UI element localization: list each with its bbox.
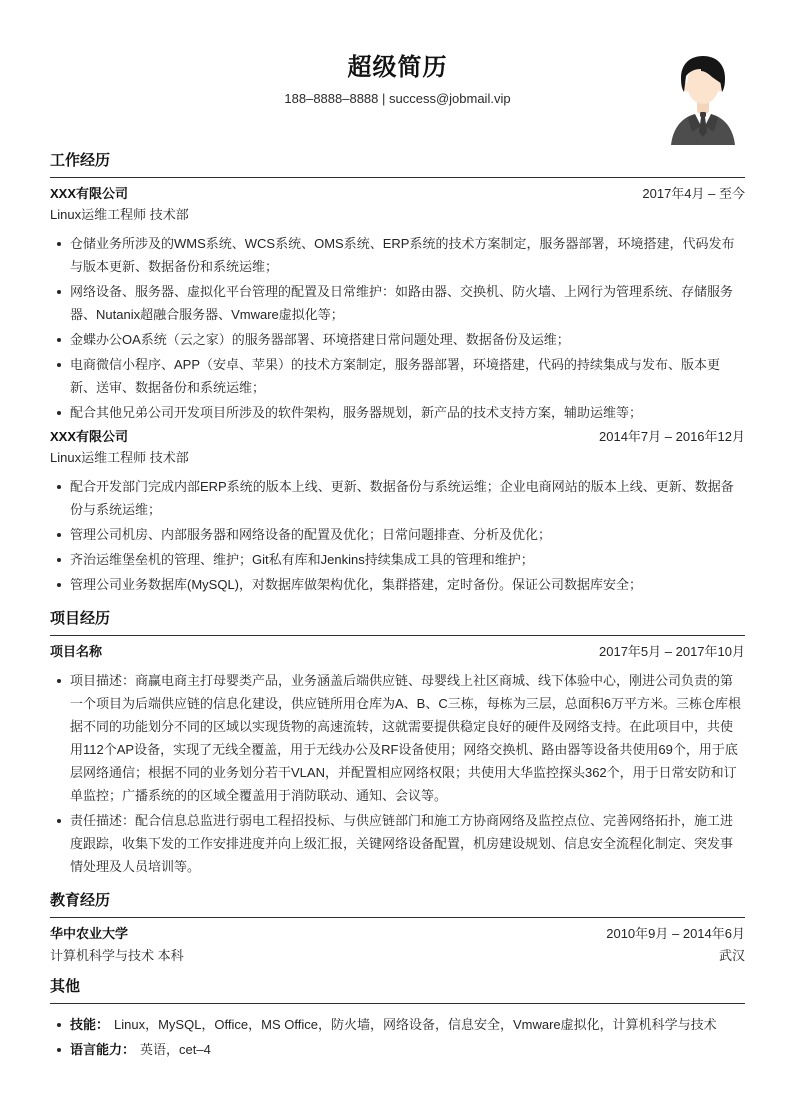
project-name: 项目名称 xyxy=(50,643,102,660)
bullet-item: 电商微信小程序、APP（安卓、苹果）的技术方案制定，服务器部署，环境搭建，代码的… xyxy=(50,353,745,399)
skills-text: Linux，MySQL，Office，MS Office，防火墙，网络设备，信息… xyxy=(114,1017,717,1032)
language-item: 语言能力：英语，cet–4 xyxy=(50,1038,745,1061)
education-entry: 华中农业大学 2010年9月 – 2014年6月 计算机科学与技术 本科 武汉 xyxy=(50,925,745,964)
person-avatar-icon xyxy=(668,54,738,145)
bullet-item: 管理公司业务数据库(MySQL)，对数据库做架构优化，集群搭建，定时备份。保证公… xyxy=(50,573,745,596)
bullet-item: 金蝶办公OA系统（云之家）的服务器部署、环境搭建日常问题处理、数据备份及运维； xyxy=(50,328,745,351)
bullet-item: 管理公司机房、内部服务器和网络设备的配置及优化；日常问题排查、分析及优化； xyxy=(50,523,745,546)
company-name: XXX有限公司 xyxy=(50,185,128,202)
bullet-list: 配合开发部门完成内部ERP系统的版本上线、更新、数据备份与系统运维；企业电商网站… xyxy=(50,475,745,596)
education-detail-row: 计算机科学与技术 本科 武汉 xyxy=(50,947,745,964)
entry-header-row: 华中农业大学 2010年9月 – 2014年6月 xyxy=(50,925,745,942)
date-range: 2017年5月 – 2017年10月 xyxy=(599,643,745,660)
section-education: 教育经历 华中农业大学 2010年9月 – 2014年6月 计算机科学与技术 本… xyxy=(50,892,745,964)
major-degree: 计算机科学与技术 本科 xyxy=(50,947,184,964)
bullet-item: 配合其他兄弟公司开发项目所涉及的软件架构，服务器规划，新产品的技术支持方案，辅助… xyxy=(50,401,745,424)
entry-header-row: 项目名称 2017年5月 – 2017年10月 xyxy=(50,643,745,660)
date-range: 2017年4月 – 至今 xyxy=(642,185,745,202)
section-heading-project: 项目经历 xyxy=(50,610,745,636)
bullet-list: 项目描述：商赢电商主打母婴类产品，业务涵盖后端供应链、母婴线上社区商城、线下体验… xyxy=(50,669,745,878)
bullet-item: 配合开发部门完成内部ERP系统的版本上线、更新、数据备份与系统运维；企业电商网站… xyxy=(50,475,745,521)
section-project: 项目经历 项目名称 2017年5月 – 2017年10月 项目描述：商赢电商主打… xyxy=(50,610,745,878)
date-range: 2014年7月 – 2016年12月 xyxy=(599,428,745,445)
section-heading-work: 工作经历 xyxy=(50,152,745,178)
bullet-list: 仓储业务所涉及的WMS系统、WCS系统、OMS系统、ERP系统的技术方案制定，服… xyxy=(50,232,745,424)
section-heading-education: 教育经历 xyxy=(50,892,745,918)
section-work: 工作经历 XXX有限公司 2017年4月 – 至今 Linux运维工程师 技术部… xyxy=(50,152,745,596)
skills-item: 技能：Linux，MySQL，Office，MS Office，防火墙，网络设备… xyxy=(50,1013,745,1036)
entry-header-row: XXX有限公司 2017年4月 – 至今 xyxy=(50,185,745,202)
bullet-item: 项目描述：商赢电商主打母婴类产品，业务涵盖后端供应链、母婴线上社区商城、线下体验… xyxy=(50,669,745,807)
section-other: 其他 技能：Linux，MySQL，Office，MS Office，防火墙，网… xyxy=(50,978,745,1061)
work-entry: XXX有限公司 2014年7月 – 2016年12月 Linux运维工程师 技术… xyxy=(50,428,745,596)
date-range: 2010年9月 – 2014年6月 xyxy=(606,925,745,942)
resume-page: 超级简历 188–8888–8888 | success@jobmail.vip xyxy=(0,0,794,1107)
school-location: 武汉 xyxy=(719,947,745,964)
school-name: 华中农业大学 xyxy=(50,925,128,942)
bullet-list: 技能：Linux，MySQL，Office，MS Office，防火墙，网络设备… xyxy=(50,1013,745,1061)
skills-label: 技能： xyxy=(70,1017,109,1032)
project-entry: 项目名称 2017年5月 – 2017年10月 项目描述：商赢电商主打母婴类产品… xyxy=(50,643,745,878)
bullet-item: 齐治运维堡垒机的管理、维护；Git私有库和Jenkins持续集成工具的管理和维护… xyxy=(50,548,745,571)
bullet-item: 网络设备、服务器、虚拟化平台管理的配置及日常维护：如路由器、交换机、防火墙、上网… xyxy=(50,280,745,326)
job-title: Linux运维工程师 技术部 xyxy=(50,206,745,223)
contact-line: 188–8888–8888 | success@jobmail.vip xyxy=(50,91,745,107)
avatar xyxy=(668,54,738,145)
language-text: 英语，cet–4 xyxy=(140,1042,211,1057)
job-title: Linux运维工程师 技术部 xyxy=(50,449,745,466)
section-heading-other: 其他 xyxy=(50,978,745,1004)
entry-header-row: XXX有限公司 2014年7月 – 2016年12月 xyxy=(50,428,745,445)
bullet-item: 仓储业务所涉及的WMS系统、WCS系统、OMS系统、ERP系统的技术方案制定，服… xyxy=(50,232,745,278)
language-label: 语言能力： xyxy=(70,1042,135,1057)
bullet-item: 责任描述：配合信息总监进行弱电工程招投标、与供应链部门和施工方协商网络及监控点位… xyxy=(50,809,745,878)
resume-header: 超级简历 188–8888–8888 | success@jobmail.vip xyxy=(50,54,745,107)
work-entry: XXX有限公司 2017年4月 – 至今 Linux运维工程师 技术部 仓储业务… xyxy=(50,185,745,424)
company-name: XXX有限公司 xyxy=(50,428,128,445)
resume-title: 超级简历 xyxy=(50,54,745,82)
